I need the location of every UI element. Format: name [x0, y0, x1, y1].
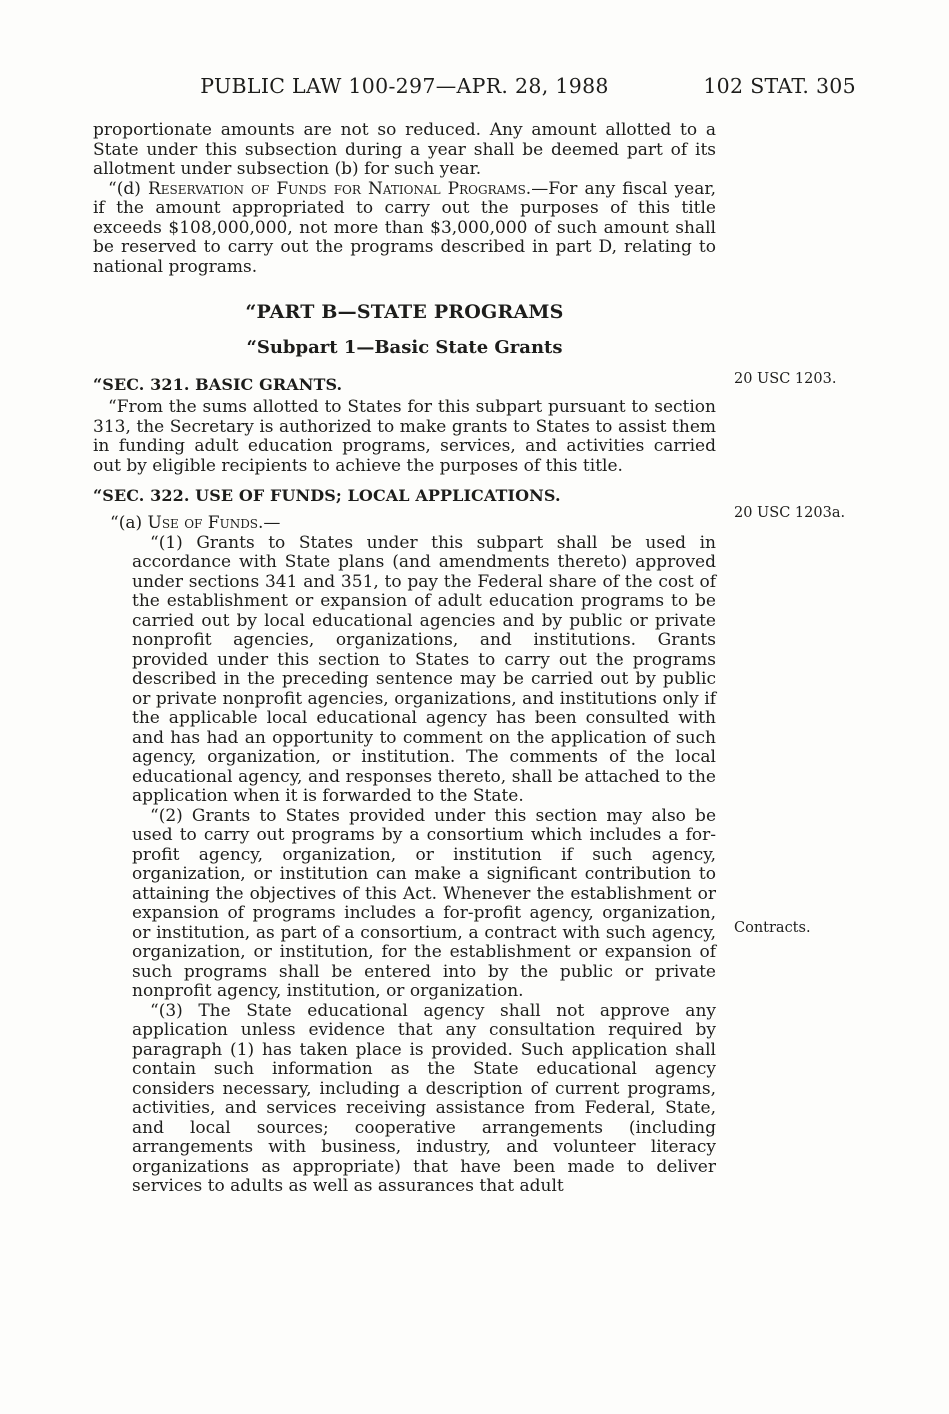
paragraph-a-3: “(3) The State educational agency shall … — [132, 1002, 716, 1197]
subsection-d-smallcaps-title: Reservation of Funds for National Progra… — [148, 179, 526, 199]
section-321-heading: “SEC. 321. BASIC GRANTS. — [93, 375, 716, 394]
subsection-a-label: “(a) — [110, 513, 148, 533]
subsection-a-smallcaps-title: Use of Funds — [148, 513, 259, 533]
text-column: proportionate amounts are not so reduced… — [93, 121, 716, 1197]
paragraph-section-321: “From the sums allotted to States for th… — [93, 398, 716, 476]
statute-page: PUBLIC LAW 100-297—APR. 28, 1988 102 STA… — [0, 0, 949, 1414]
paragraph-a-2: “(2) Grants to States provided under thi… — [132, 807, 716, 1002]
margin-note-usc-1203: 20 USC 1203. — [734, 371, 884, 388]
running-head: PUBLIC LAW 100-297—APR. 28, 1988 102 STA… — [93, 74, 856, 100]
running-head-title: PUBLIC LAW 100-297—APR. 28, 1988 — [93, 74, 716, 98]
section-322-heading: “SEC. 322. USE OF FUNDS; LOCAL APPLICATI… — [93, 486, 716, 505]
running-head-stat-page-number: 102 STAT. 305 — [703, 74, 856, 98]
paragraph-a-1: “(1) Grants to States under this subpart… — [132, 534, 716, 807]
paragraph-continuation: proportionate amounts are not so reduced… — [93, 121, 716, 180]
margin-note-contracts: Contracts. — [734, 920, 884, 937]
subsection-a-dash: .— — [258, 513, 280, 533]
subpart-1-heading: “Subpart 1—Basic State Grants — [93, 337, 716, 358]
paragraph-subsection-a: “(a) Use of Funds.— — [93, 514, 716, 534]
paragraph-subsection-d: “(d) Reservation of Funds for National P… — [93, 180, 716, 278]
part-b-heading: “PART B—STATE PROGRAMS — [93, 301, 716, 323]
margin-note-usc-1203a: 20 USC 1203a. — [734, 505, 884, 522]
subsection-d-label: “(d) — [108, 179, 148, 199]
